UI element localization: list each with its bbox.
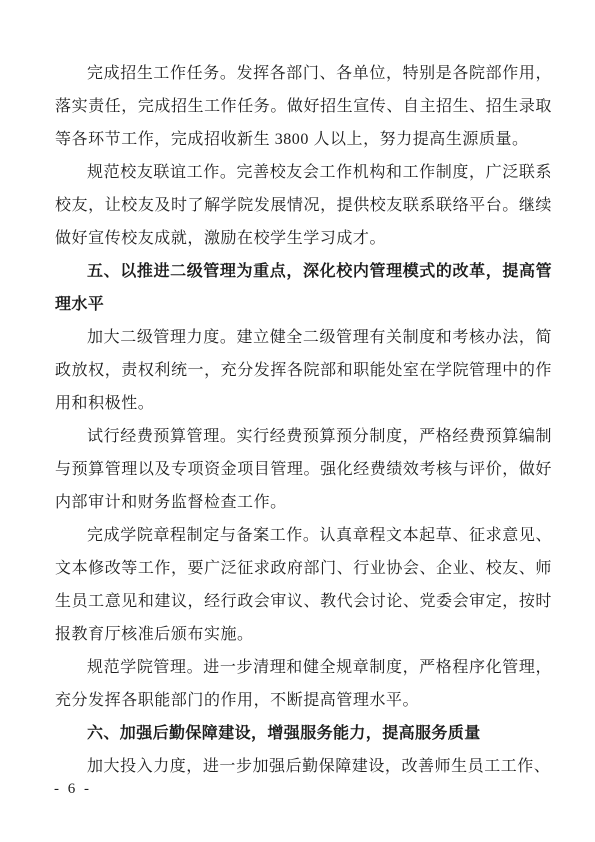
body-paragraph: 规范校友联谊工作。完善校友会工作机构和工作制度，广泛联系校友，让校友及时了解学院…: [55, 156, 552, 255]
body-paragraph: 加大二级管理力度。建立健全二级管理有关制度和考核办法，简政放权，责权利统一，充分…: [55, 321, 552, 420]
body-paragraph: 完成学院章程制定与备案工作。认真章程文本起草、征求意见、文本修改等工作，要广泛征…: [55, 519, 552, 651]
page-number: - 6 -: [54, 781, 92, 798]
document-body: 完成招生工作任务。发挥各部门、各单位，特别是各院部作用，落实责任，完成招生工作任…: [55, 57, 552, 783]
body-paragraph: 规范学院管理。进一步清理和健全规章制度，严格程序化管理，充分发挥各职能部门的作用…: [55, 651, 552, 717]
body-paragraph: 试行经费预算管理。实行经费预算预分制度，严格经费预算编制与预算管理以及专项资金项…: [55, 420, 552, 519]
body-paragraph: 完成招生工作任务。发挥各部门、各单位，特别是各院部作用，落实责任，完成招生工作任…: [55, 57, 552, 156]
body-paragraph: 加大投入力度，进一步加强后勤保障建设，改善师生员工工作、: [55, 750, 552, 783]
document-page: 完成招生工作任务。发挥各部门、各单位，特别是各院部作用，落实责任，完成招生工作任…: [0, 0, 595, 842]
section-heading: 六、加强后勤保障建设，增强服务能力，提高服务质量: [55, 717, 552, 750]
section-heading: 五、以推进二级管理为重点，深化校内管理模式的改革，提高管理水平: [55, 255, 552, 321]
